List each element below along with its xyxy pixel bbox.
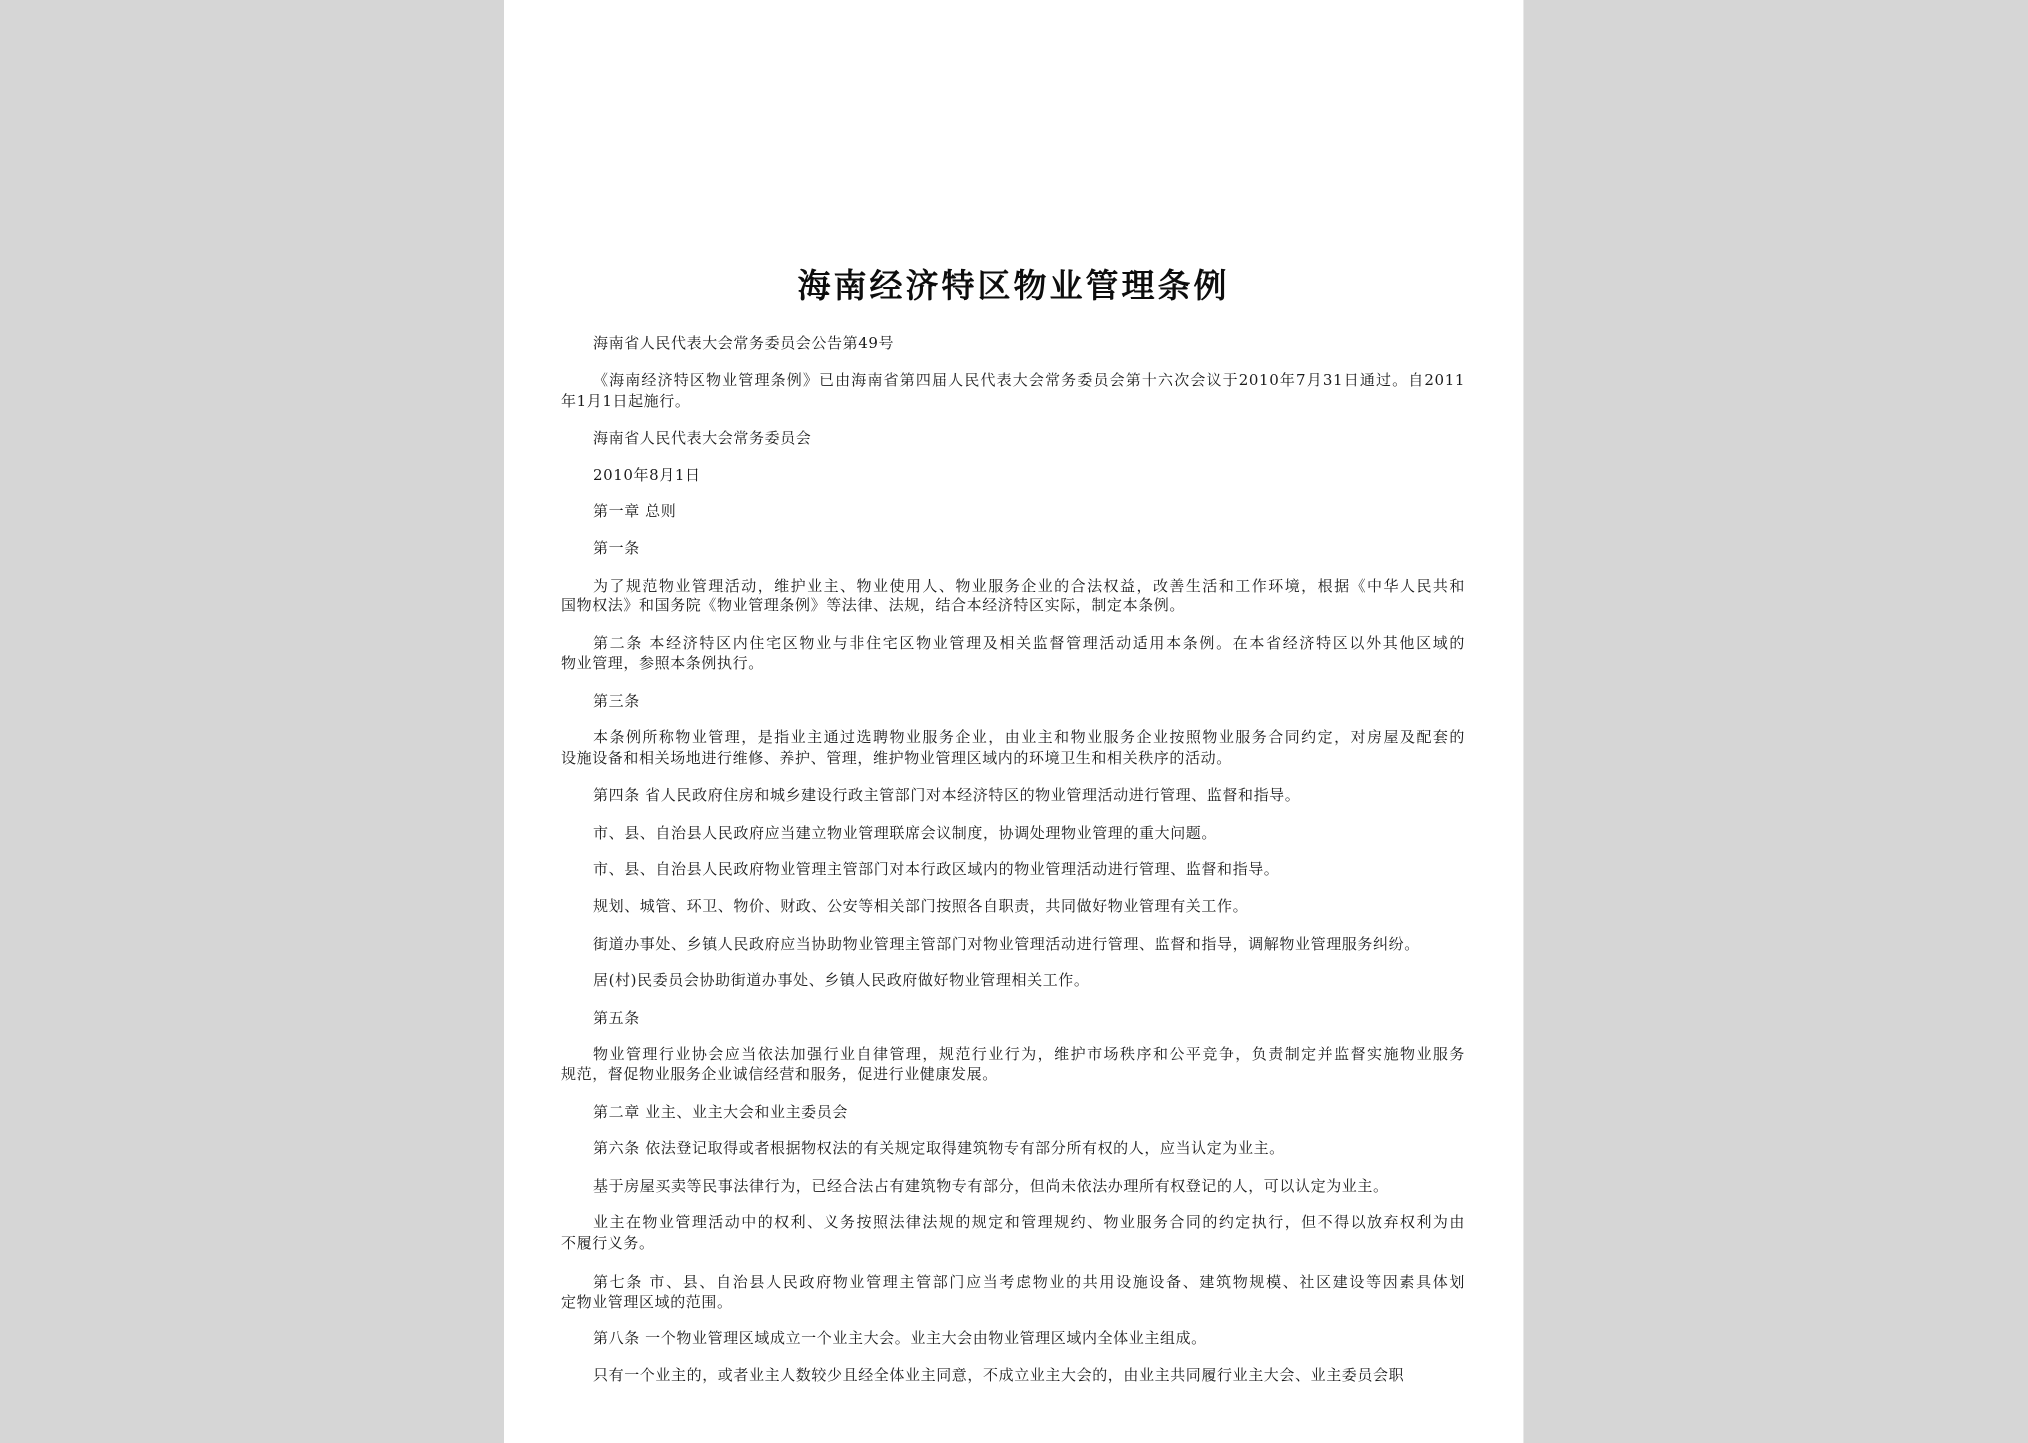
text-line-article-3-heading: 第三条	[593, 693, 640, 709]
text-line-article-6-l1: 第六条 依法登记取得或者根据物权法的有关规定取得建筑物专有部分所有权的人，应当认…	[593, 1140, 1285, 1156]
text-line-intro-2: 年1月1日起施行。	[561, 393, 691, 409]
text-line-article-7-l1: 第七条 市、县、自治县人民政府物业管理主管部门应当考虑物业的共用设施设备、建筑物…	[593, 1274, 1465, 1290]
text-line-article-4-l1: 第四条 省人民政府住房和城乡建设行政主管部门对本经济特区的物业管理活动进行管理、…	[593, 787, 1300, 803]
text-line-article-3-l2: 设施设备和相关场地进行维修、养护、管理，维护物业管理区域内的环境卫生和相关秩序的…	[561, 750, 1232, 766]
text-line-article-5-l2: 规范，督促物业服务企业诚信经营和服务，促进行业健康发展。	[561, 1066, 998, 1082]
text-line-article-1-heading: 第一条	[593, 540, 640, 556]
text-line-article-8-l1: 第八条 一个物业管理区域成立一个业主大会。业主大会由物业管理区域内全体业主组成。	[593, 1330, 1207, 1346]
text-line-article-4-p4: 规划、城管、环卫、物价、财政、公安等相关部门按照各自职责，共同做好物业管理有关工…	[593, 898, 1248, 914]
text-line-issuer: 海南省人民代表大会常务委员会	[593, 430, 811, 446]
text-line-article-6-p3-l2: 不履行义务。	[561, 1235, 655, 1251]
text-line-article-1-l2: 国物权法》和国务院《物业管理条例》等法律、法规，结合本经济特区实际，制定本条例。	[561, 597, 1185, 613]
document-title: 海南经济特区物业管理条例	[504, 266, 1523, 306]
text-line-article-6-p3-l1: 业主在物业管理活动中的权利、义务按照法律法规的规定和管理规约、物业服务合同的约定…	[593, 1214, 1465, 1230]
document-page: 海南经济特区物业管理条例 海南省人民代表大会常务委员会公告第49号《海南经济特区…	[504, 0, 1523, 1443]
text-line-chapter-2: 第二章 业主、业主大会和业主委员会	[593, 1104, 848, 1120]
text-line-article-2-l2: 物业管理，参照本条例执行。	[561, 655, 764, 671]
text-line-article-8-p2: 只有一个业主的，或者业主人数较少且经全体业主同意，不成立业主大会的，由业主共同履…	[593, 1367, 1404, 1383]
text-line-article-7-l2: 定物业管理区域的范围。	[561, 1294, 733, 1310]
text-line-date: 2010年8月1日	[593, 467, 701, 483]
text-line-article-2-l1: 第二条 本经济特区内住宅区物业与非住宅区物业管理及相关监督管理活动适用本条例。在…	[593, 635, 1465, 651]
text-line-article-1-l1: 为了规范物业管理活动，维护业主、物业使用人、物业服务企业的合法权益，改善生活和工…	[593, 578, 1465, 594]
text-line-article-4-p5: 街道办事处、乡镇人民政府应当协助物业管理主管部门对物业管理活动进行管理、监督和指…	[593, 936, 1420, 952]
text-line-article-3-l1: 本条例所称物业管理，是指业主通过选聘物业服务企业，由业主和物业服务企业按照物业服…	[593, 729, 1465, 745]
text-line-article-4-p3: 市、县、自治县人民政府物业管理主管部门对本行政区域内的物业管理活动进行管理、监督…	[593, 861, 1279, 877]
text-line-article-5-heading: 第五条	[593, 1010, 640, 1026]
text-line-article-5-l1: 物业管理行业协会应当依法加强行业自律管理，规范行业行为，维护市场秩序和公平竞争，…	[593, 1046, 1465, 1062]
text-line-chapter-1: 第一章 总则	[593, 503, 676, 519]
text-line-announcement: 海南省人民代表大会常务委员会公告第49号	[593, 335, 894, 351]
text-line-article-6-p2: 基于房屋买卖等民事法律行为，已经合法占有建筑物专有部分，但尚未依法办理所有权登记…	[593, 1178, 1389, 1194]
text-line-intro-1: 《海南经济特区物业管理条例》已由海南省第四届人民代表大会常务委员会第十六次会议于…	[593, 372, 1465, 388]
text-line-article-4-p2: 市、县、自治县人民政府应当建立物业管理联席会议制度，协调处理物业管理的重大问题。	[593, 825, 1217, 841]
text-line-article-4-p6: 居(村)民委员会协助街道办事处、乡镇人民政府做好物业管理相关工作。	[593, 972, 1090, 988]
